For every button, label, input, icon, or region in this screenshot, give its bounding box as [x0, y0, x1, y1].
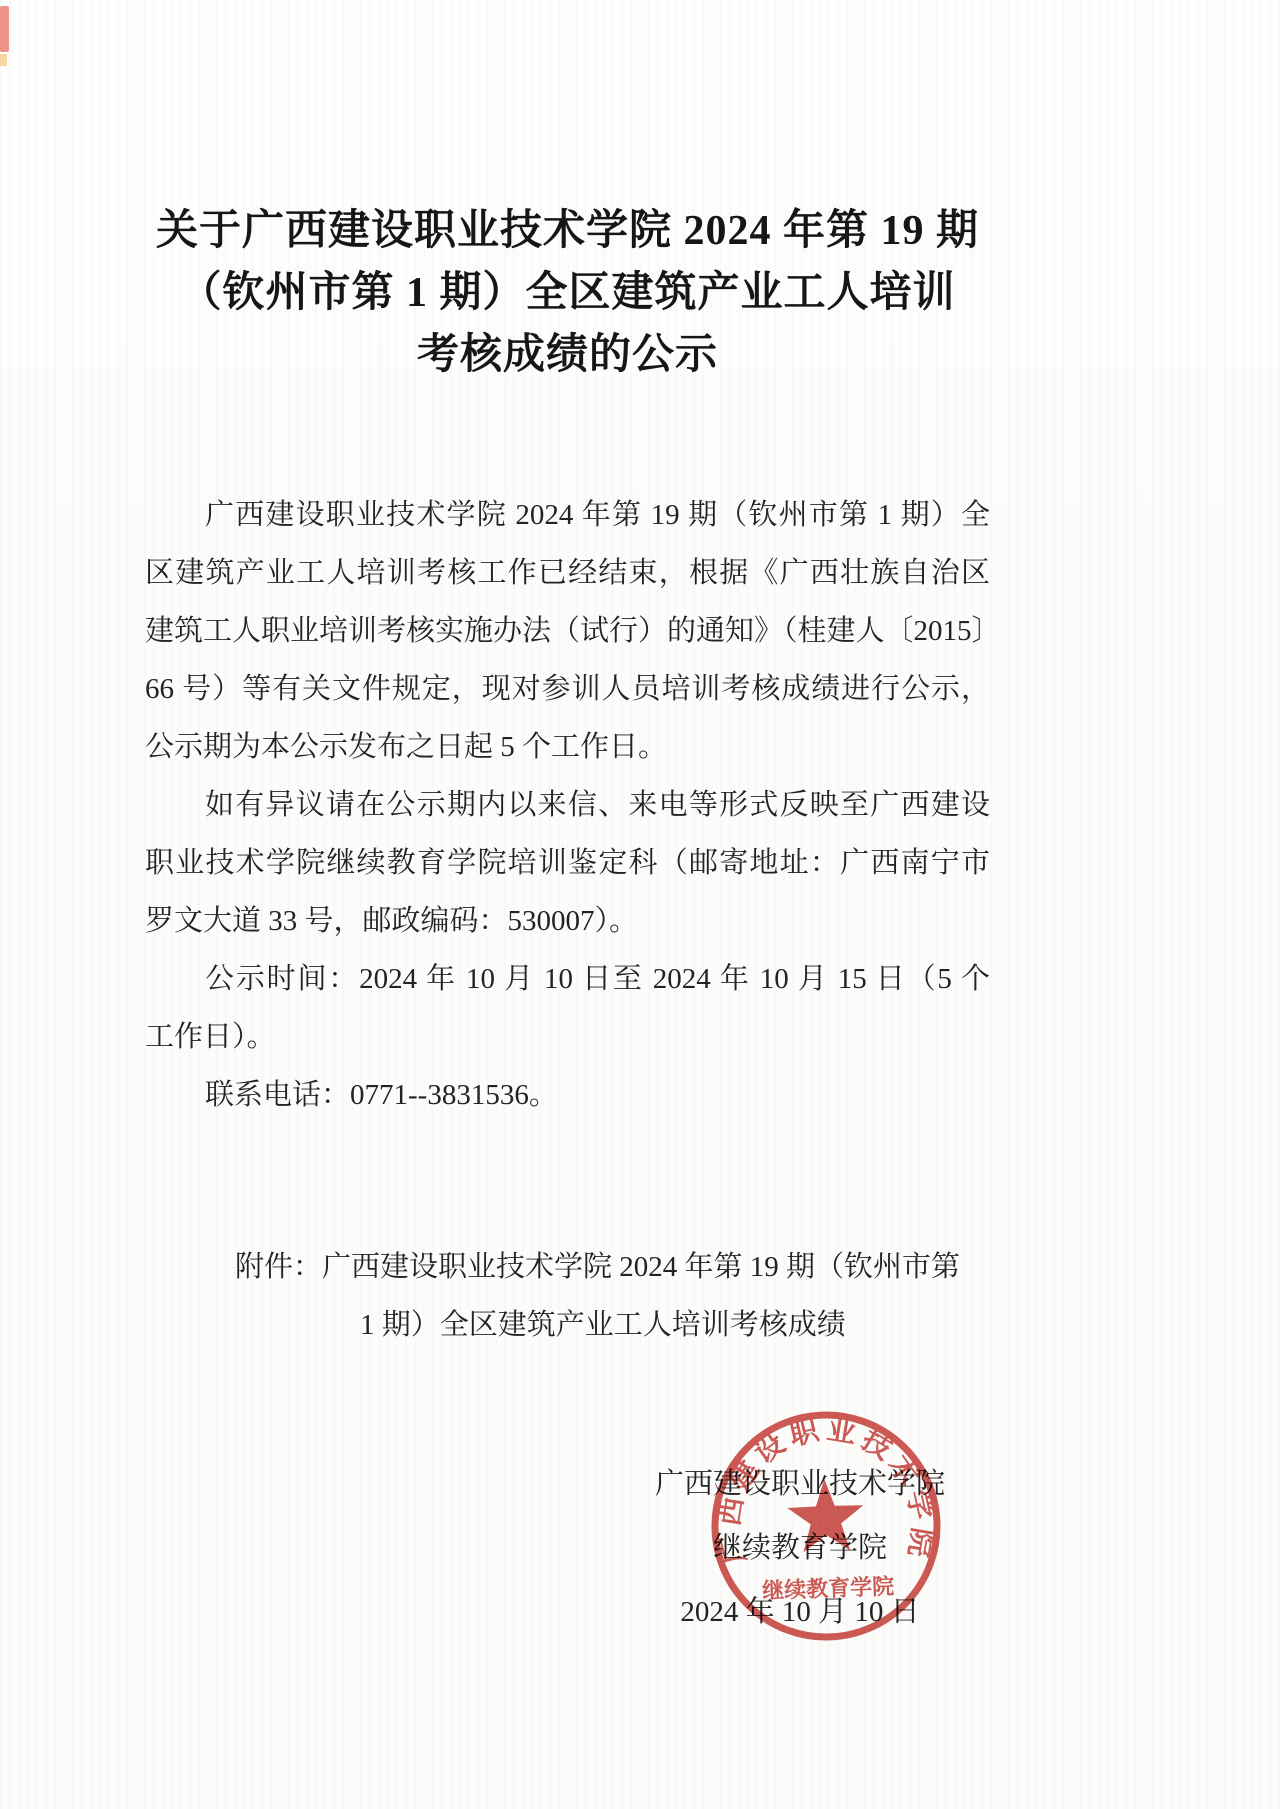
signature-date: 2024 年 10 月 10 日 [580, 1580, 1020, 1644]
body-line: 公示时间：2024 年 10 月 10 日至 2024 年 10 月 15 日（… [145, 950, 990, 1008]
body-line: 66 号）等有关文件规定，现对参训人员培训考核成绩进行公示， [145, 660, 990, 718]
body-line: 工作日）。 [145, 1008, 990, 1066]
notice-title: 关于广西建设职业技术学院 2024 年第 19 期 （钦州市第 1 期）全区建筑… [145, 200, 990, 386]
notice-body: 广西建设职业技术学院 2024 年第 19 期（钦州市第 1 期）全 区建筑产业… [145, 486, 990, 1124]
attachment-line: 1 期）全区建筑产业工人培训考核成绩 [145, 1296, 990, 1354]
title-line: （钦州市第 1 期）全区建筑产业工人培训 [145, 262, 990, 324]
title-line: 关于广西建设职业技术学院 2024 年第 19 期 [145, 200, 990, 262]
attachment-section: 附件：广西建设职业技术学院 2024 年第 19 期（钦州市第 1 期）全区建筑… [145, 1238, 990, 1354]
body-line: 联系电话：0771--3831536。 [145, 1066, 990, 1124]
body-line: 职业技术学院继续教育学院培训鉴定科（邮寄地址：广西南宁市 [145, 834, 990, 892]
body-line: 如有异议请在公示期内以来信、来电等形式反映至广西建设 [145, 776, 990, 834]
document-content: 关于广西建设职业技术学院 2024 年第 19 期 （钦州市第 1 期）全区建筑… [145, 0, 990, 1354]
title-line: 考核成绩的公示 [145, 324, 990, 386]
body-line: 罗文大道 33 号，邮政编码：530007）。 [145, 892, 990, 950]
scan-artifact-orange [0, 54, 7, 66]
body-line: 建筑工人职业培训考核实施办法（试行）的通知》（桂建人〔2015〕 [145, 602, 990, 660]
document-page: 关于广西建设职业技术学院 2024 年第 19 期 （钦州市第 1 期）全区建筑… [0, 0, 1280, 1809]
body-line: 区建筑产业工人培训考核工作已经结束，根据《广西壮族自治区 [145, 544, 990, 602]
body-line: 广西建设职业技术学院 2024 年第 19 期（钦州市第 1 期）全 [145, 486, 990, 544]
scan-artifact-red [0, 6, 9, 52]
signature-block: 广西建设职业技术学院 继续教育学院 2024 年 10 月 10 日 [580, 1452, 1020, 1644]
signature-org: 广西建设职业技术学院 [580, 1452, 1020, 1516]
signature-dept: 继续教育学院 [580, 1516, 1020, 1580]
attachment-line: 附件：广西建设职业技术学院 2024 年第 19 期（钦州市第 [145, 1238, 990, 1296]
body-line: 公示期为本公示发布之日起 5 个工作日。 [145, 718, 990, 776]
